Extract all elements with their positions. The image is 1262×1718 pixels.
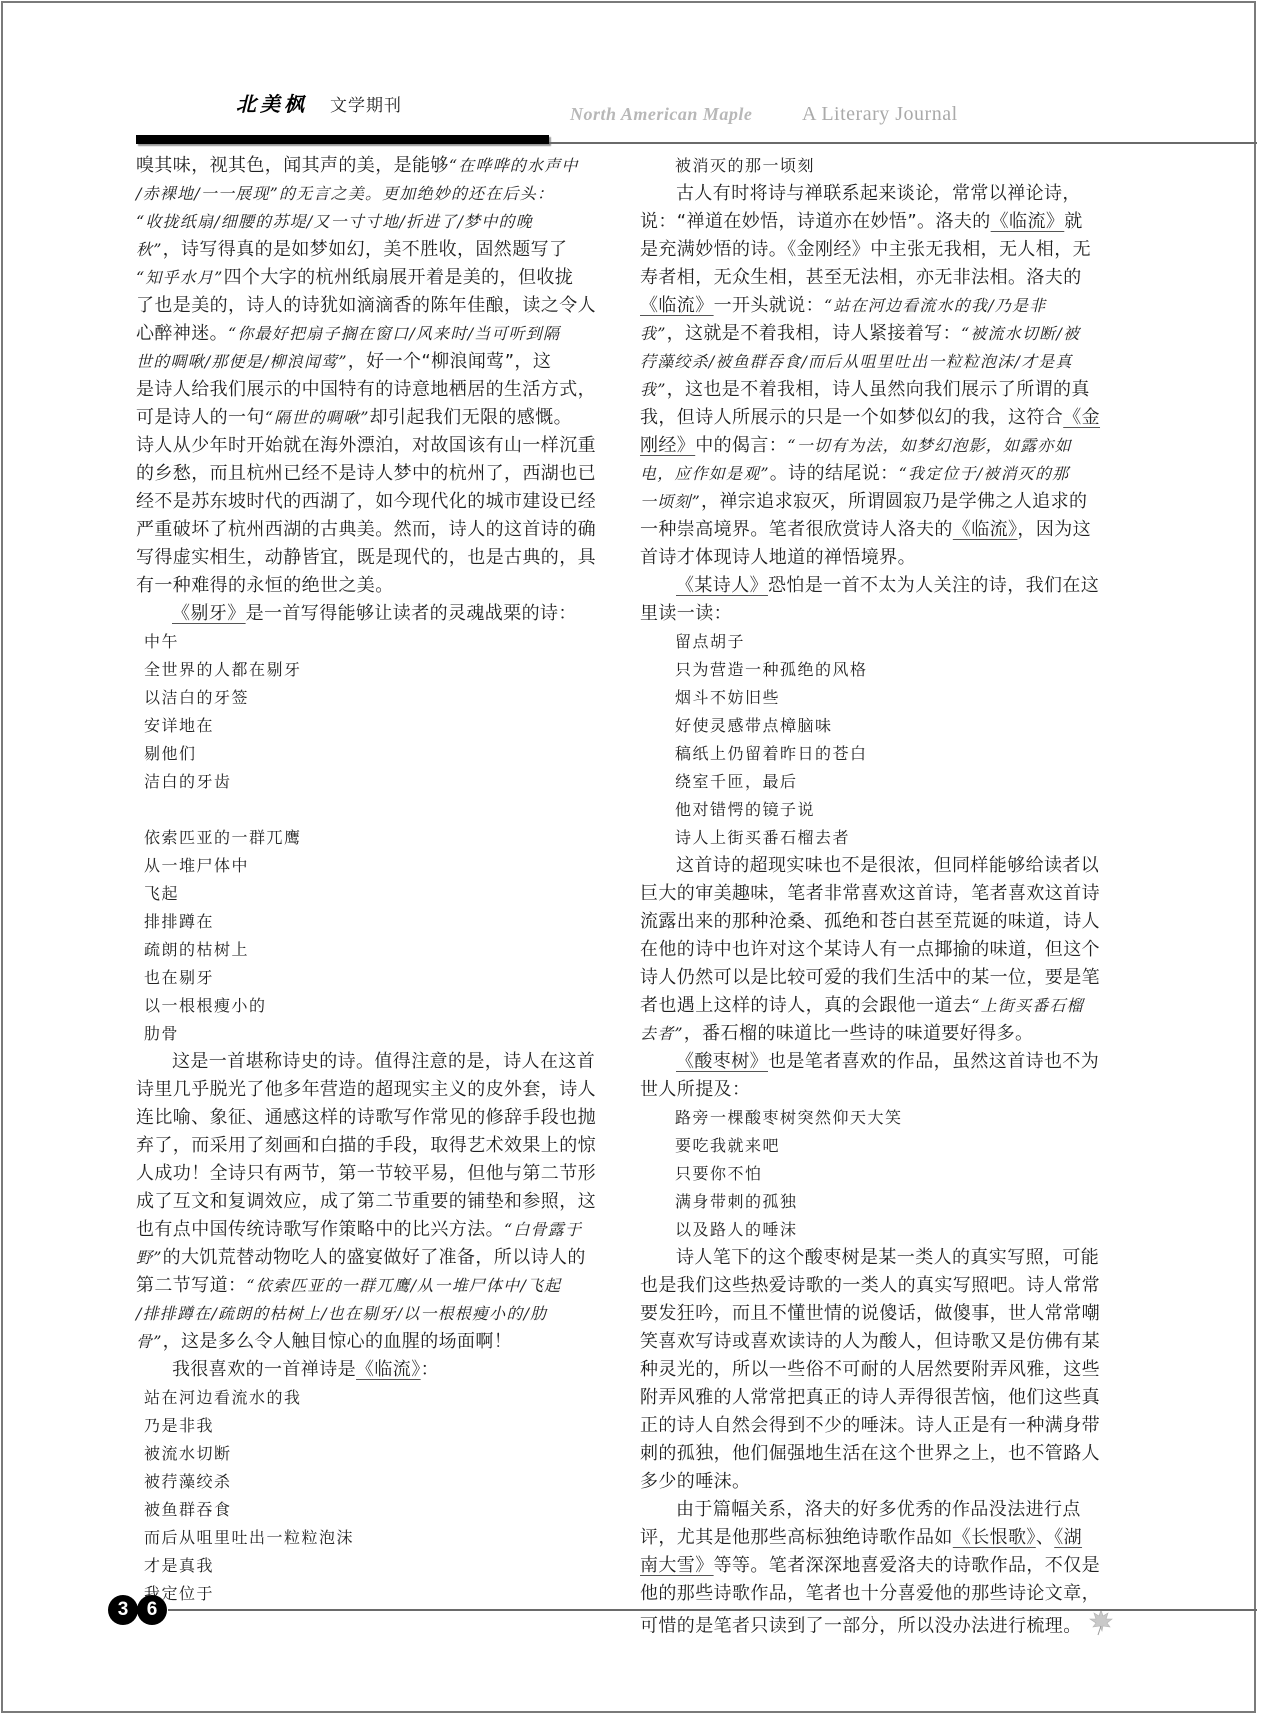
text-segment: 弃了，而采用了刻画和白描的手段，取得艺术效果上的惊	[136, 1135, 596, 1156]
text-line: 去者”，番石榴的味道比一些诗的味道要好得多。	[640, 1020, 1114, 1048]
poem-line: 从一堆尸体中	[136, 852, 582, 880]
text-line: “收拢纸扇/细腰的苏堤/又一寸寸地/折进了/梦中的晚	[136, 208, 582, 236]
masthead: 北美枫 文学期刊	[236, 88, 402, 124]
text-segment: 被荇藻绞杀	[144, 1472, 232, 1491]
text-line: 可惜的是笔者只读到了一部分，所以没办法进行梳理。	[640, 1608, 1114, 1636]
text-line: 也有点中国传统诗歌写作策略中的比兴方法。“白骨露于	[136, 1216, 582, 1244]
journal-name-cn: 北美枫	[236, 88, 308, 117]
text-segment: ：	[421, 1359, 439, 1380]
text-segment: 烟斗不妨旧些	[675, 688, 780, 707]
poem-title: 《临流》	[640, 295, 714, 316]
text-segment: 可是诗人的一句	[136, 407, 265, 428]
poem-line: 绕室千匝，最后	[640, 768, 1114, 796]
text-segment: 心醉神迷。	[136, 323, 228, 344]
quoted-verse: “收拢纸扇/细腰的苏堤/又一寸寸地/折进了/梦中的晚	[136, 212, 533, 231]
quoted-verse: 我”	[640, 380, 667, 399]
text-segment: 附弄风雅的人常常把真正的诗人弄得很苦恼，他们这些真	[640, 1387, 1100, 1408]
text-segment: 说：“禅道在妙悟，诗道亦在妙悟”。洛夫的	[640, 211, 991, 232]
text-segment: 首诗才体现诗人地道的禅悟境界。	[640, 547, 916, 568]
poem-line: 洁白的牙齿	[136, 768, 582, 796]
text-segment: 成了互文和复调效应，成了第二节重要的铺垫和参照，这	[136, 1191, 596, 1212]
text-line: 《酸枣树》也是笔者喜欢的作品，虽然这首诗也不为	[640, 1048, 1114, 1076]
text-segment: 四个大字的杭州纸扇展开着是美的，但收拢	[224, 267, 574, 288]
poem-line: 以及路人的唾沫	[640, 1216, 1114, 1244]
text-segment: 只为营造一种孤绝的风格	[675, 660, 868, 679]
poem-line: 好使灵感带点樟脑味	[640, 712, 1114, 740]
poem-title: 《湖	[1054, 1527, 1082, 1548]
text-segment: 却引起我们无限的感慨。	[370, 407, 572, 428]
text-segment: 他对错愕的镜子说	[675, 800, 815, 819]
text-segment: 站在河边看流水的我	[144, 1388, 302, 1407]
text-line: 有一种难得的永恒的绝世之美。	[136, 572, 582, 600]
text-line: 流露出来的那种沧桑、孤绝和苍白甚至荒诞的味道，诗人	[640, 908, 1114, 936]
text-line: 世人所提及：	[640, 1076, 1114, 1104]
poem-line: 而后从咀里吐出一粒粒泡沫	[136, 1524, 582, 1552]
text-line: 说：“禅道在妙悟，诗道亦在妙悟”。洛夫的《临流》就	[640, 208, 1114, 236]
text-line: 要发狂吟，而且不懂世情的说傻话，做傻事，世人常常嘲	[640, 1300, 1114, 1328]
text-line: /赤裸地/一一展现”的无言之美。更加绝妙的还在后头：	[136, 180, 582, 208]
page-number: 3 6	[108, 1595, 166, 1625]
text-segment: 一开头就说：	[714, 295, 824, 316]
quoted-verse: “我定位于/被消灭的那	[899, 464, 1070, 483]
quoted-verse: 世的啁啾/那便是/柳浪闻莺”	[136, 352, 348, 371]
text-line: 成了互文和复调效应，成了第二节重要的铺垫和参照，这	[136, 1188, 582, 1216]
text-line: 我，但诗人所展示的只是一个如梦似幻的我，这符合《金	[640, 404, 1114, 432]
text-line: 我很喜欢的一首禅诗是《临流》：	[136, 1356, 582, 1384]
header-bar	[136, 135, 549, 144]
text-segment: 疏朗的枯树上	[144, 940, 249, 959]
quoted-verse: “白骨露于	[504, 1220, 582, 1239]
text-segment: 诗人从少年时开始就在海外漂泊，对故国该有山一样沉重	[136, 435, 596, 456]
quoted-verse: “知乎水月”	[136, 268, 224, 287]
text-segment: 也在剔牙	[144, 968, 214, 987]
text-line: 我”，这也是不着我相，诗人虽然向我们展示了所谓的真	[640, 376, 1114, 404]
text-line: 刚经》中的偈言：“一切有为法，如梦幻泡影，如露亦如	[640, 432, 1114, 460]
text-line: 也是我们这些热爱诗歌的一类人的真实写照吧。诗人常常	[640, 1272, 1114, 1300]
text-line: 荇藻绞杀/被鱼群吞食/而后从咀里吐出一粒粒泡沫/才是真	[640, 348, 1114, 376]
text-segment: 我很喜欢的一首禅诗是	[172, 1359, 356, 1380]
text-line: 嗅其味，视其色，闻其声的美，是能够“在哗哗的水声中	[136, 152, 582, 180]
text-segment: ，因为这	[1017, 519, 1091, 540]
text-segment: 者也遇上这样的诗人，真的会跟他一道去	[640, 995, 971, 1016]
text-segment: ，诗写得真的是如梦如幻，美不胜收，固然题写了	[163, 239, 568, 260]
poem-title: 《临流》	[953, 519, 1018, 540]
text-segment: 世人所提及：	[640, 1079, 750, 1100]
text-line: 者也遇上这样的诗人，真的会跟他一道去“上街买番石榴	[640, 992, 1114, 1020]
text-segment: 的乡愁，而且杭州已经不是诗人梦中的杭州了，西湖也已	[136, 463, 596, 484]
text-segment: 在他的诗中也许对这个某诗人有一点揶揄的味道，但这个	[640, 939, 1100, 960]
journal-subtitle-cn: 文学期刊	[330, 91, 402, 116]
text-segment: 一种崇高境界。笔者很欣赏诗人洛夫的	[640, 519, 953, 540]
text-segment: 他的那些诗歌作品，笔者也十分喜爱他的那些诗论文章，	[640, 1583, 1100, 1604]
page-number-digit: 6	[137, 1595, 167, 1625]
quoted-verse: 荇藻绞杀/被鱼群吞食/而后从咀里吐出一粒粒泡沫/才是真	[640, 352, 1073, 371]
text-segment: 第二节写道：	[136, 1275, 246, 1296]
text-segment: 我，但诗人所展示的只是一个如梦似幻的我，这符合	[640, 407, 1063, 428]
quoted-verse: 秋”	[136, 240, 163, 259]
quoted-verse: “隔世的啁啾”	[265, 408, 370, 427]
text-line: 他的那些诗歌作品，笔者也十分喜爱他的那些诗论文章，	[640, 1580, 1114, 1608]
quoted-verse: 野”	[136, 1248, 163, 1267]
text-line: 连比喻、象征、通感这样的诗歌写作常见的修辞手段也抛	[136, 1104, 582, 1132]
text-line: 了也是美的，诗人的诗犹如滴滴香的陈年佳酿，读之令人	[136, 292, 582, 320]
poem-line: 满身带刺的孤独	[640, 1188, 1114, 1216]
text-line: 正的诗人自然会得到不少的唾沫。诗人正是有一种满身带	[640, 1412, 1114, 1440]
text-segment: 被鱼群吞食	[144, 1500, 232, 1519]
text-line: 我”，这就是不着我相，诗人紧接着写：“被流水切断/被	[640, 320, 1114, 348]
quoted-verse: 去者”	[640, 1024, 684, 1043]
text-segment: 诗人笔下的这个酸枣树是某一类人的真实写照，可能	[676, 1247, 1099, 1268]
text-line: 里读一读：	[640, 600, 1114, 628]
text-segment: 中的偈言：	[695, 435, 787, 456]
journal-subtitle-en: A Literary Journal	[802, 103, 958, 126]
text-line: 诗人笔下的这个酸枣树是某一类人的真实写照，可能	[640, 1244, 1114, 1272]
header-rule	[549, 142, 1257, 144]
text-segment: 安详地在	[144, 716, 214, 735]
text-segment: 也有点中国传统诗歌写作策略中的比兴方法。	[136, 1219, 504, 1240]
text-segment: 。诗的结尾说：	[770, 463, 899, 484]
text-segment: 正的诗人自然会得到不少的唾沫。诗人正是有一种满身带	[640, 1415, 1100, 1436]
text-line: 首诗才体现诗人地道的禅悟境界。	[640, 544, 1114, 572]
stanza-break	[136, 796, 582, 824]
text-segment: 恐怕是一首不太为人关注的诗，我们在这	[768, 575, 1099, 596]
text-segment: 可惜的是笔者只读到了一部分，所以没办法进行梳理。	[640, 1616, 1082, 1637]
text-line: 的乡愁，而且杭州已经不是诗人梦中的杭州了，西湖也已	[136, 460, 582, 488]
poem-line: 飞起	[136, 880, 582, 908]
poem-title: 南大雪》	[640, 1555, 714, 1576]
poem-line: 稿纸上仍留着昨日的苍白	[640, 740, 1114, 768]
quoted-verse: “上街买番石榴	[971, 996, 1084, 1015]
text-line: 《剔牙》是一首写得能够让读者的灵魂战栗的诗：	[136, 600, 582, 628]
quoted-verse: “在哗哗的水声中	[449, 156, 579, 175]
text-segment: 由于篇幅关系，洛夫的好多优秀的作品没法进行点	[676, 1499, 1081, 1520]
text-line: 《临流》一开头就说：“站在河边看流水的我/乃是非	[640, 292, 1114, 320]
text-segment: 要发狂吟，而且不懂世情的说傻话，做傻事，世人常常嘲	[640, 1303, 1100, 1324]
text-segment: 古人有时将诗与禅联系起来谈论，常常以禅论诗，	[676, 183, 1081, 204]
poem-line: 剔他们	[136, 740, 582, 768]
poem-line: 被消灭的那一顷刻	[640, 152, 1114, 180]
quoted-verse: /赤裸地/一一展现”的无言之美。更加绝妙的还在后头：	[136, 184, 554, 203]
text-line: 经不是苏东坡时代的西湖了，如今现代化的城市建设已经	[136, 488, 582, 516]
text-line: 心醉神迷。“你最好把扇子搁在窗口/风来时/当可听到隔	[136, 320, 582, 348]
text-segment: 诗里几乎脱光了他多年营造的超现实主义的皮外套，诗人	[136, 1079, 596, 1100]
text-line: 诗人从少年时开始就在海外漂泊，对故国该有山一样沉重	[136, 432, 582, 460]
text-segment: ，番石榴的味道比一些诗的味道要好得多。	[684, 1023, 1034, 1044]
text-line: 诗人仍然可以是比较可爱的我们生活中的某一位，要是笔	[640, 964, 1114, 992]
text-segment: 也是笔者喜欢的作品，虽然这首诗也不为	[768, 1051, 1099, 1072]
poem-title: 《剔牙》	[172, 603, 246, 624]
text-line: 南大雪》等等。笔者深深地喜爱洛夫的诗歌作品，不仅是	[640, 1552, 1114, 1580]
text-segment: 被流水切断	[144, 1444, 232, 1463]
text-line: 弃了，而采用了刻画和白描的手段，取得艺术效果上的惊	[136, 1132, 582, 1160]
text-segment: 绕室千匝，最后	[675, 772, 798, 791]
text-line: 在他的诗中也许对这个某诗人有一点揶揄的味道，但这个	[640, 936, 1114, 964]
poem-line: 烟斗不妨旧些	[640, 684, 1114, 712]
poem-title: 《临流》	[991, 211, 1065, 232]
article-column-right: 被消灭的那一顷刻古人有时将诗与禅联系起来谈论，常常以禅论诗，说：“禅道在妙悟，诗…	[640, 152, 1114, 1636]
poem-line: 被流水切断	[136, 1440, 582, 1468]
text-segment: 、	[1036, 1527, 1054, 1548]
text-segment: 笑喜欢写诗或喜欢读诗的人为酸人，但诗歌又是仿佛有某	[640, 1331, 1100, 1352]
quoted-verse: “站在河边看流水的我/乃是非	[824, 296, 1046, 315]
text-segment: 流露出来的那种沧桑、孤绝和苍白甚至荒诞的味道，诗人	[640, 911, 1100, 932]
text-segment: 以及路人的唾沫	[675, 1220, 798, 1239]
text-segment: 嗅其味，视其色，闻其声的美，是能够	[136, 155, 449, 176]
quoted-verse: 我”	[640, 324, 667, 343]
text-line: 笑喜欢写诗或喜欢读诗的人为酸人，但诗歌又是仿佛有某	[640, 1328, 1114, 1356]
poem-line: 以洁白的牙签	[136, 684, 582, 712]
text-line: 刺的孤独，他们倔强地生活在这个世界之上，也不管路人	[640, 1440, 1114, 1468]
text-line: 人成功！全诗只有两节，第一节较平易，但他与第二节形	[136, 1160, 582, 1188]
text-segment: 评，尤其是他那些高标独绝诗歌作品如	[640, 1527, 953, 1548]
text-segment: 人成功！全诗只有两节，第一节较平易，但他与第二节形	[136, 1163, 596, 1184]
text-line: 寿者相，无众生相，甚至无法相，亦无非法相。洛夫的	[640, 264, 1114, 292]
poem-line: 留点胡子	[640, 628, 1114, 656]
text-segment: 而后从咀里吐出一粒粒泡沫	[144, 1528, 354, 1547]
text-segment: 刺的孤独，他们倔强地生活在这个世界之上，也不管路人	[640, 1443, 1100, 1464]
poem-title: 刚经》	[640, 435, 695, 456]
poem-line: 以一根根瘦小的	[136, 992, 582, 1020]
quoted-verse: 骨”	[136, 1332, 163, 1351]
text-segment: 等等。笔者深深地喜爱洛夫的诗歌作品，不仅是	[714, 1555, 1100, 1576]
quoted-verse: “依索匹亚的一群兀鹰/从一堆尸体中/飞起	[246, 1276, 561, 1295]
text-segment: 有一种难得的永恒的绝世之美。	[136, 575, 394, 596]
poem-line: 被荇藻绞杀	[136, 1468, 582, 1496]
poem-title: 《临流》	[356, 1359, 421, 1380]
journal-name-en: North American Maple	[570, 104, 752, 125]
text-segment: 洁白的牙齿	[144, 772, 232, 791]
text-line: 写得虚实相生，动静皆宜，既是现代的，也是古典的，具	[136, 544, 582, 572]
text-segment: 以洁白的牙签	[144, 688, 249, 707]
text-segment: 是诗人给我们展示的中国特有的诗意地栖居的生活方式，	[136, 379, 596, 400]
poem-line: 才是真我	[136, 1552, 582, 1580]
poem-line: 疏朗的枯树上	[136, 936, 582, 964]
text-segment: 寿者相，无众生相，甚至无法相，亦无非法相。洛夫的	[640, 267, 1082, 288]
poem-line: 我定位于	[136, 1580, 582, 1608]
text-line: 一种崇高境界。笔者很欣赏诗人洛夫的《临流》，因为这	[640, 516, 1114, 544]
text-line: 严重破坏了杭州西湖的古典美。然而，诗人的这首诗的确	[136, 516, 582, 544]
text-line: 《某诗人》恐怕是一首不太为人关注的诗，我们在这	[640, 572, 1114, 600]
poem-title: 《长恨歌》	[953, 1527, 1036, 1548]
text-line: “知乎水月”四个大字的杭州纸扇展开着是美的，但收拢	[136, 264, 582, 292]
page-number-digit: 3	[108, 1595, 138, 1625]
text-segment: 经不是苏东坡时代的西湖了，如今现代化的城市建设已经	[136, 491, 596, 512]
text-segment: 多少的唾沫。	[640, 1471, 750, 1492]
quoted-verse: “被流水切断/被	[961, 324, 1080, 343]
text-segment: 好使灵感带点樟脑味	[675, 716, 833, 735]
poem-line: 也在剔牙	[136, 964, 582, 992]
text-line: 骨”，这是多么令人触目惊心的血腥的场面啊！	[136, 1328, 582, 1356]
poem-line: 肋骨	[136, 1020, 582, 1048]
text-segment: ，这也是不着我相，诗人虽然向我们展示了所谓的真	[667, 379, 1090, 400]
text-segment: 路旁一棵酸枣树突然仰天大笑	[675, 1108, 903, 1127]
text-line: 多少的唾沫。	[640, 1468, 1114, 1496]
poem-line: 全世界的人都在剔牙	[136, 656, 582, 684]
quoted-verse: “你最好把扇子搁在窗口/风来时/当可听到隔	[228, 324, 560, 343]
text-segment: 被消灭的那一顷刻	[675, 156, 815, 175]
text-segment: 飞起	[144, 884, 179, 903]
text-segment: 这首诗的超现实味也不是很浓，但同样能够给读者以	[676, 855, 1099, 876]
text-line: 巨大的审美趣味，笔者非常喜欢这首诗，笔者喜欢这首诗	[640, 880, 1114, 908]
poem-title: 《金	[1063, 407, 1100, 428]
text-line: 是充满妙悟的诗。《金刚经》中主张无我相，无人相，无	[640, 236, 1114, 264]
text-segment: ，好一个“柳浪闻莺”，这	[348, 351, 551, 372]
text-segment: 排排蹲在	[144, 912, 214, 931]
text-line: 秋”，诗写得真的是如梦如幻，美不胜收，固然题写了	[136, 236, 582, 264]
poem-line: 依索匹亚的一群兀鹰	[136, 824, 582, 852]
text-line: 可是诗人的一句“隔世的啁啾”却引起我们无限的感慨。	[136, 404, 582, 432]
text-segment: 以一根根瘦小的	[144, 996, 267, 1015]
poem-title: 《酸枣树》	[676, 1051, 768, 1072]
text-segment: 巨大的审美趣味，笔者非常喜欢这首诗，笔者喜欢这首诗	[640, 883, 1100, 904]
text-line: 一顷刻”，禅宗追求寂灭，所谓圆寂乃是学佛之人追求的	[640, 488, 1114, 516]
text-line: /排排蹲在/疏朗的枯树上/也在剔牙/以一根根瘦小的/肋	[136, 1300, 582, 1328]
text-segment: 连比喻、象征、通感这样的诗歌写作常见的修辞手段也抛	[136, 1107, 596, 1128]
poem-line: 乃是非我	[136, 1412, 582, 1440]
text-segment: 中午	[144, 632, 179, 651]
text-segment: 稿纸上仍留着昨日的苍白	[675, 744, 868, 763]
text-segment: ，这是多么令人触目惊心的血腥的场面啊！	[163, 1331, 513, 1352]
poem-line: 路旁一棵酸枣树突然仰天大笑	[640, 1104, 1114, 1132]
poem-line: 只为营造一种孤绝的风格	[640, 656, 1114, 684]
text-segment: 满身带刺的孤独	[675, 1192, 798, 1211]
text-line: 电，应作如是观”。诗的结尾说：“我定位于/被消灭的那	[640, 460, 1114, 488]
text-segment: 是充满妙悟的诗。《金刚经》中主张无我相，无人相，无	[640, 239, 1091, 260]
text-segment: 诗人仍然可以是比较可爱的我们生活中的某一位，要是笔	[640, 967, 1100, 988]
poem-line: 被鱼群吞食	[136, 1496, 582, 1524]
quoted-verse: 电，应作如是观”	[640, 464, 770, 483]
poem-title: 《某诗人》	[676, 575, 768, 596]
text-segment: 里读一读：	[640, 603, 732, 624]
text-segment: 也是我们这些热爱诗歌的一类人的真实写照吧。诗人常常	[640, 1275, 1100, 1296]
text-segment: 才是真我	[144, 1556, 214, 1575]
poem-line: 站在河边看流水的我	[136, 1384, 582, 1412]
text-segment: 肋骨	[144, 1024, 179, 1043]
poem-line: 只要你不怕	[640, 1160, 1114, 1188]
maple-leaf-icon	[1088, 1608, 1114, 1645]
text-line: 世的啁啾/那便是/柳浪闻莺”，好一个“柳浪闻莺”，这	[136, 348, 582, 376]
text-segment: 诗人上街买番石榴去者	[675, 828, 850, 847]
quoted-verse: “一切有为法，如梦幻泡影，如露亦如	[787, 436, 1072, 455]
poem-line: 要吃我就来吧	[640, 1132, 1114, 1160]
text-segment: 了也是美的，诗人的诗犹如滴滴香的陈年佳酿，读之令人	[136, 295, 596, 316]
text-segment: 从一堆尸体中	[144, 856, 249, 875]
text-segment: 写得虚实相生，动静皆宜，既是现代的，也是古典的，具	[136, 547, 596, 568]
footer-rule	[168, 1609, 1257, 1611]
text-segment: 留点胡子	[675, 632, 745, 651]
quoted-verse: /排排蹲在/疏朗的枯树上/也在剔牙/以一根根瘦小的/肋	[136, 1304, 547, 1323]
quoted-verse: 一顷刻”	[640, 492, 701, 511]
text-line: 这是一首堪称诗史的诗。值得注意的是，诗人在这首	[136, 1048, 582, 1076]
text-segment: 严重破坏了杭州西湖的古典美。然而，诗人的这首诗的确	[136, 519, 596, 540]
poem-line: 排排蹲在	[136, 908, 582, 936]
text-segment: 这是一首堪称诗史的诗。值得注意的是，诗人在这首	[172, 1051, 595, 1072]
text-segment: 剔他们	[144, 744, 197, 763]
text-line: 种灵光的，所以一些俗不可耐的人居然要附弄风雅，这些	[640, 1356, 1114, 1384]
text-segment: 就	[1064, 211, 1082, 232]
text-line: 古人有时将诗与禅联系起来谈论，常常以禅论诗，	[640, 180, 1114, 208]
poem-line: 中午	[136, 628, 582, 656]
poem-line: 安详地在	[136, 712, 582, 740]
article-column-left: 嗅其味，视其色，闻其声的美，是能够“在哗哗的水声中/赤裸地/一一展现”的无言之美…	[136, 152, 582, 1608]
poem-line: 诗人上街买番石榴去者	[640, 824, 1114, 852]
text-segment: 乃是非我	[144, 1416, 214, 1435]
text-segment: 依索匹亚的一群兀鹰	[144, 828, 302, 847]
text-segment: ，禅宗追求寂灭，所谓圆寂乃是学佛之人追求的	[701, 491, 1087, 512]
text-segment: 种灵光的，所以一些俗不可耐的人居然要附弄风雅，这些	[640, 1359, 1100, 1380]
poem-line: 他对错愕的镜子说	[640, 796, 1114, 824]
text-line: 由于篇幅关系，洛夫的好多优秀的作品没法进行点	[640, 1496, 1114, 1524]
text-line: 这首诗的超现实味也不是很浓，但同样能够给读者以	[640, 852, 1114, 880]
text-line: 第二节写道：“依索匹亚的一群兀鹰/从一堆尸体中/飞起	[136, 1272, 582, 1300]
text-segment: 全世界的人都在剔牙	[144, 660, 302, 679]
text-line: 是诗人给我们展示的中国特有的诗意地栖居的生活方式，	[136, 376, 582, 404]
text-line: 野”的大饥荒替动物吃人的盛宴做好了准备，所以诗人的	[136, 1244, 582, 1272]
text-line: 评，尤其是他那些高标独绝诗歌作品如《长恨歌》、《湖	[640, 1524, 1114, 1552]
text-segment: 是一首写得能够让读者的灵魂战栗的诗：	[246, 603, 577, 624]
text-line: 附弄风雅的人常常把真正的诗人弄得很苦恼，他们这些真	[640, 1384, 1114, 1412]
text-segment: ，这就是不着我相，诗人紧接着写：	[667, 323, 961, 344]
text-segment: 要吃我就来吧	[675, 1136, 780, 1155]
text-segment: 的大饥荒替动物吃人的盛宴做好了准备，所以诗人的	[163, 1247, 586, 1268]
text-line: 诗里几乎脱光了他多年营造的超现实主义的皮外套，诗人	[136, 1076, 582, 1104]
text-segment: 只要你不怕	[675, 1164, 763, 1183]
